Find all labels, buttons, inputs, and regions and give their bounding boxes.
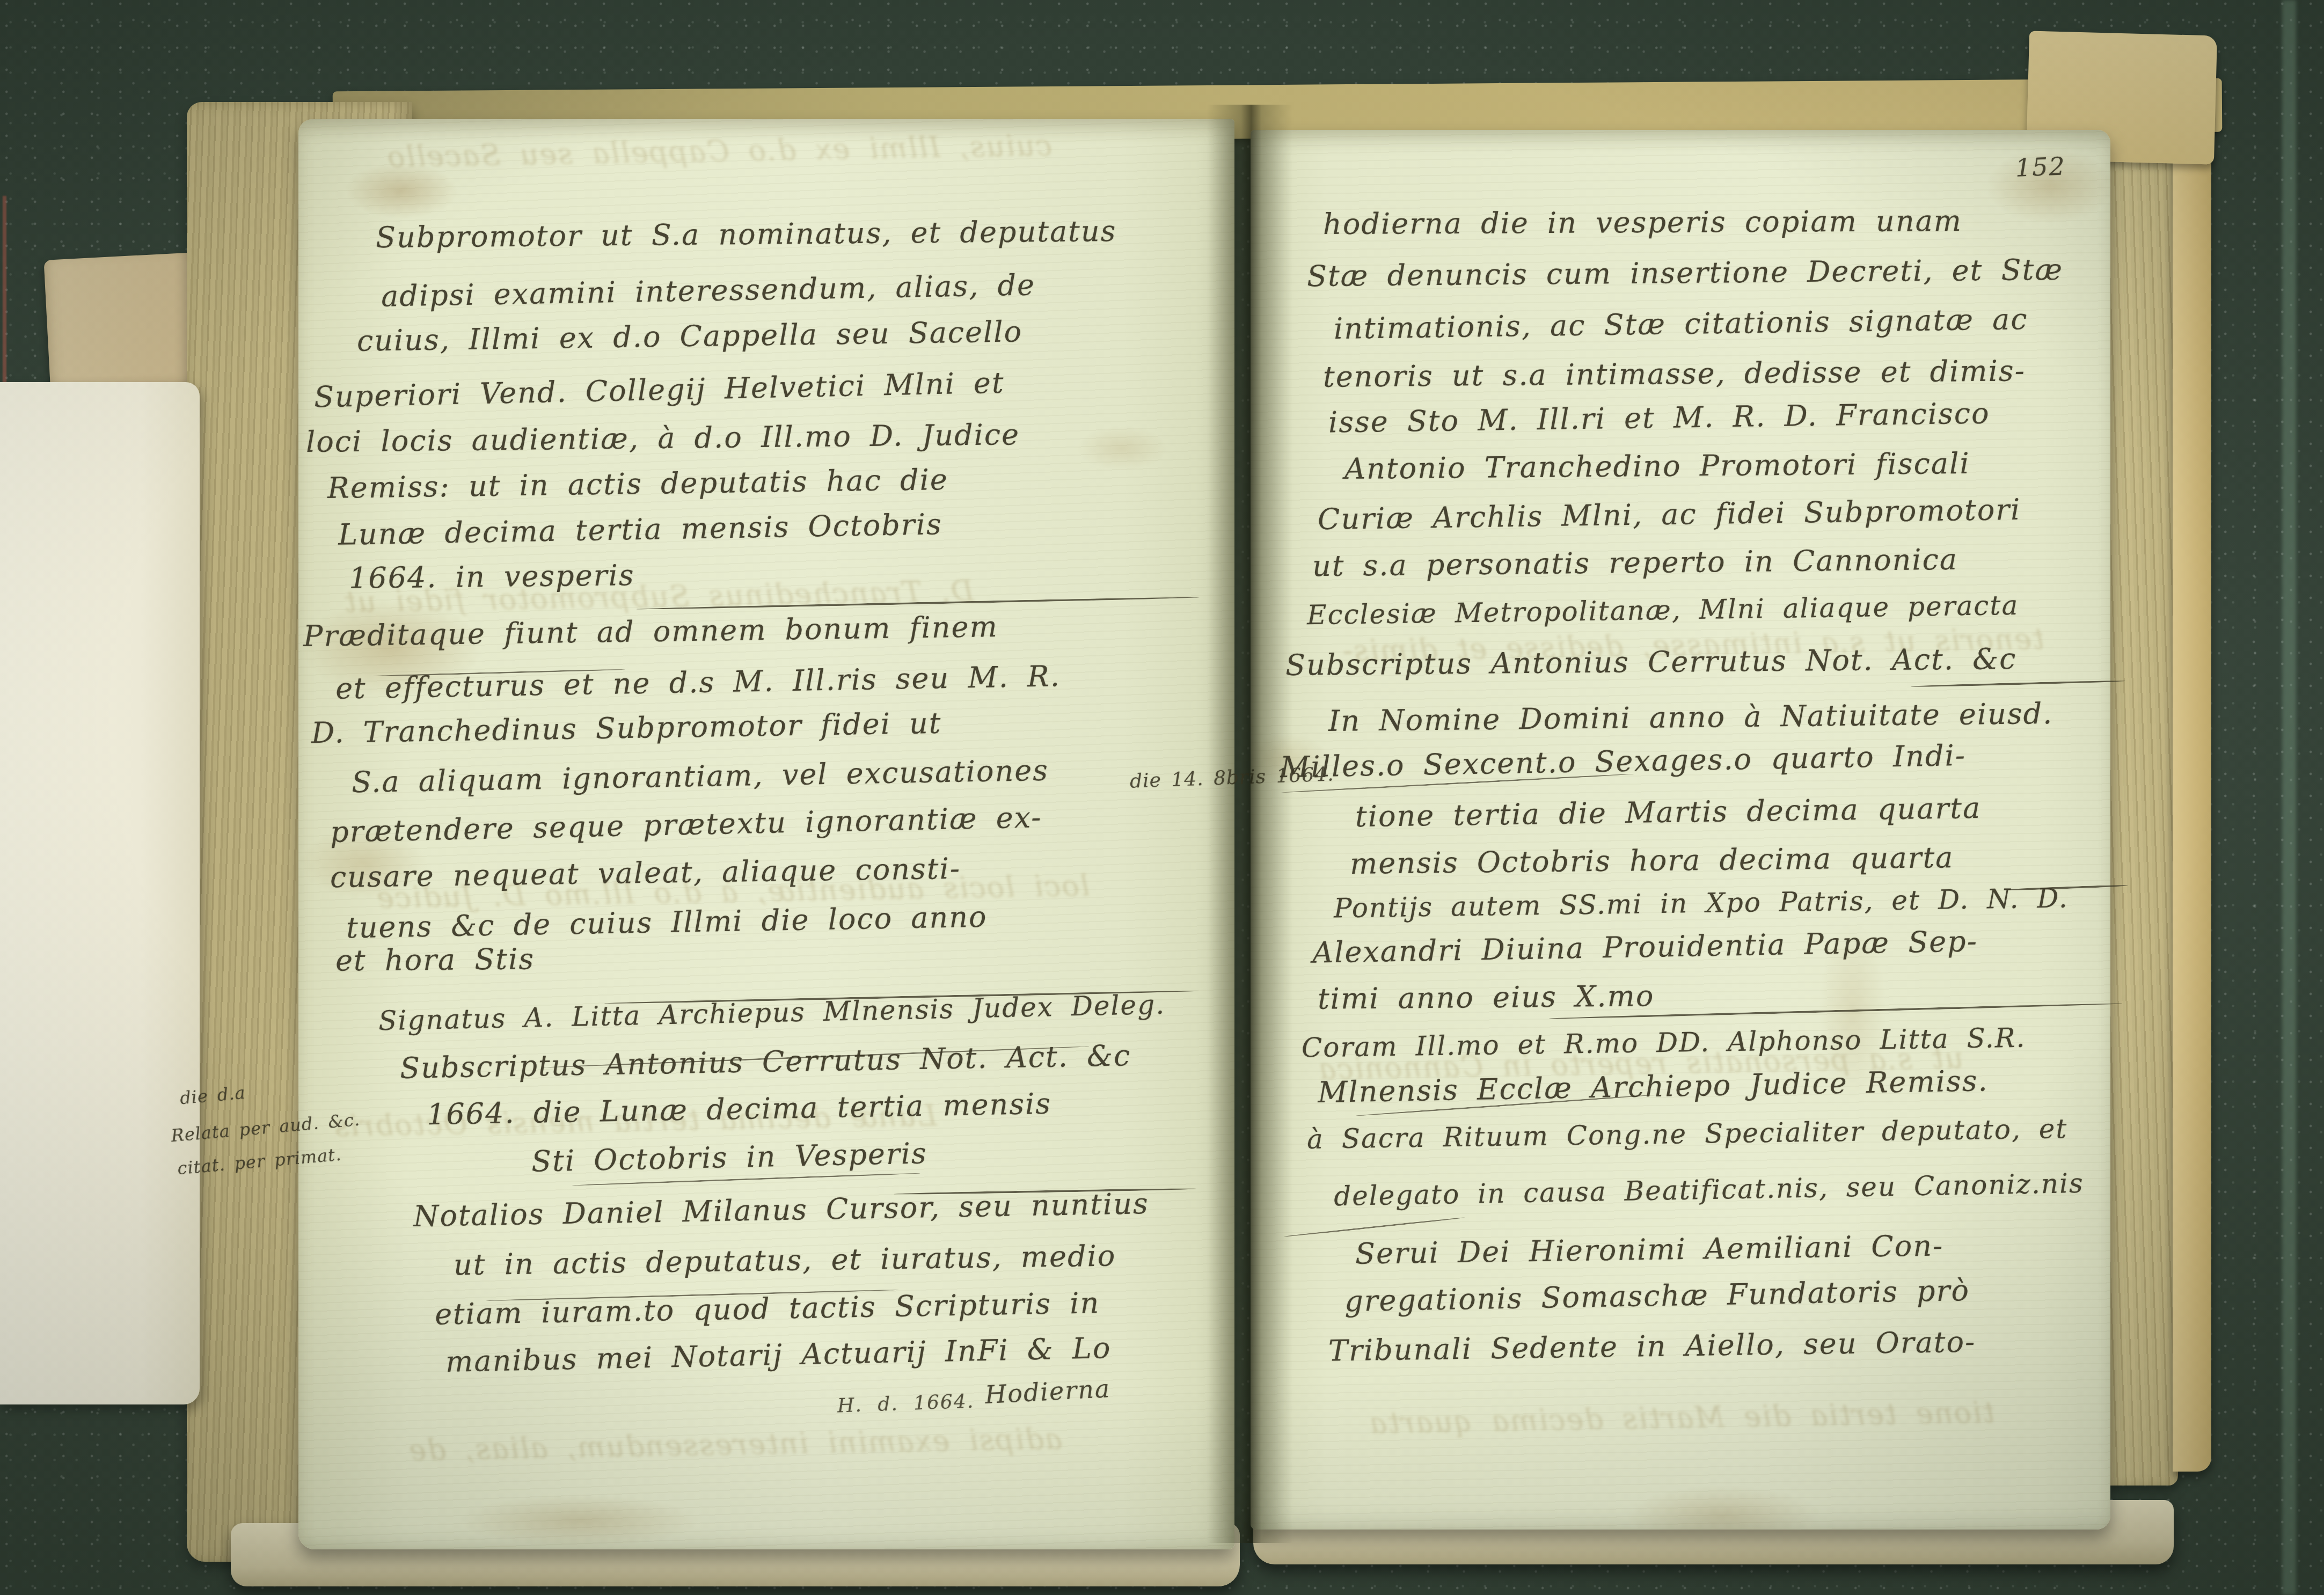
manuscript-line: Stæ denuncis cum insertione Decreti, et …	[1307, 255, 2063, 291]
manuscript-line: ut s.a personatis reperto in Cannonica	[1312, 545, 1958, 581]
manuscript-line: ut in actis deputatus, et iuratus, medio	[454, 1241, 1116, 1279]
manuscript-line: tione tertia die Martis decima quarta	[1355, 794, 1982, 831]
manuscript-line: Subpromotor ut S.a nominatus, et deputat…	[376, 217, 1117, 252]
manuscript-line: timi anno eius X.mo	[1318, 982, 1655, 1013]
book-gutter-shadow	[1207, 105, 1292, 1543]
background-seam	[2282, 0, 2296, 1595]
manuscript-line: loci locis audientiæ, à d.o Ill.mo D. Ju…	[306, 420, 1020, 457]
manuscript-line: 1664. in vesperis	[349, 561, 635, 593]
manuscript-line: Tribunali Sedente in Aiello, seu Orato-	[1328, 1328, 1976, 1366]
manuscript-line: isse Sto M. Ill.ri et M. R. D. Francisco	[1328, 399, 1990, 437]
manuscript-line: hodierna die in vesperis copiam unam	[1323, 207, 1962, 239]
manuscript-line: Antonio Tranchedino Promotori fiscali	[1344, 449, 1970, 484]
loose-paper-sheet	[0, 382, 200, 1404]
catchword: Hodierna	[984, 1376, 1111, 1407]
manuscript-line: et hora Stis	[335, 945, 535, 975]
catchword-date: H. d. 1664.	[837, 1392, 974, 1416]
page-number: 152	[2015, 153, 2066, 180]
manuscript-photo: cuius, Illmi ex d.o Cappella seu Sacello…	[0, 0, 2324, 1595]
manuscript-line: mensis Octobris hora decima quarta	[1350, 843, 1954, 879]
manuscript-line: In Nomine Domini anno à Natiuitate eiusd…	[1328, 699, 2053, 736]
manuscript-line: Subscriptus Antonius Cerrutus Not. Act. …	[1285, 645, 2017, 680]
right-fore-edge-stack	[2105, 85, 2178, 1486]
manuscript-line: cusare nequeat valeat, aliaque consti-	[330, 854, 961, 892]
background-edge-sliver	[3, 196, 6, 394]
manuscript-line: Remiss: ut in actis deputatis hac die	[327, 465, 948, 503]
manuscript-line: tenoris ut s.a intimasse, dedisse et dim…	[1323, 356, 2026, 391]
parchment-cover-right	[2173, 44, 2211, 1472]
manuscript-line: Serui Dei Hieronimi Aemiliani Con-	[1355, 1231, 1944, 1268]
margin-note: die d.a	[179, 1084, 246, 1107]
manuscript-line: Sti Octobris in Vesperis	[531, 1139, 928, 1176]
